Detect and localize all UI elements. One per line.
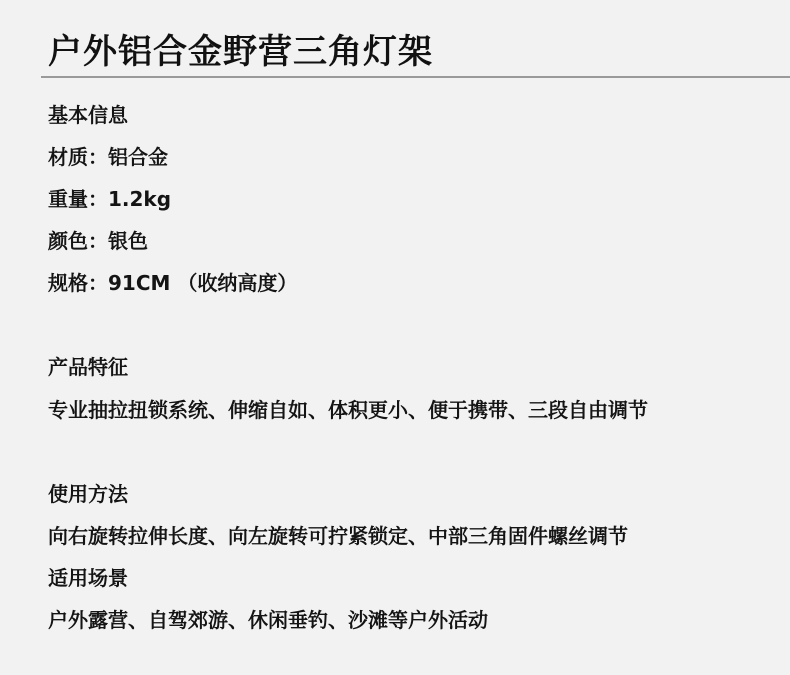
- section-heading-scenarios: 适用场景: [48, 564, 128, 592]
- section-heading-features: 产品特征: [48, 353, 128, 381]
- usage-text: 向右旋转拉伸长度、向左旋转可拧紧锁定、中部三角固件螺丝调节: [48, 522, 628, 550]
- features-text: 专业抽拉扭锁系统、伸缩自如、体积更小、便于携带、三段自由调节: [48, 396, 648, 424]
- section-heading-usage: 使用方法: [48, 480, 128, 508]
- spec-row-weight: 重量：1.2kg: [48, 185, 171, 213]
- spec-row-material: 材质：铝合金: [48, 143, 168, 171]
- section-heading-basic-info: 基本信息: [48, 101, 128, 129]
- scenarios-text: 户外露营、自驾郊游、休闲垂钓、沙滩等户外活动: [48, 606, 488, 634]
- page-title: 户外铝合金野营三角灯架: [48, 30, 433, 74]
- spec-row-size: 规格：91CM （收纳高度）: [48, 269, 297, 297]
- title-divider: [41, 76, 790, 78]
- spec-row-color: 颜色：银色: [48, 227, 148, 255]
